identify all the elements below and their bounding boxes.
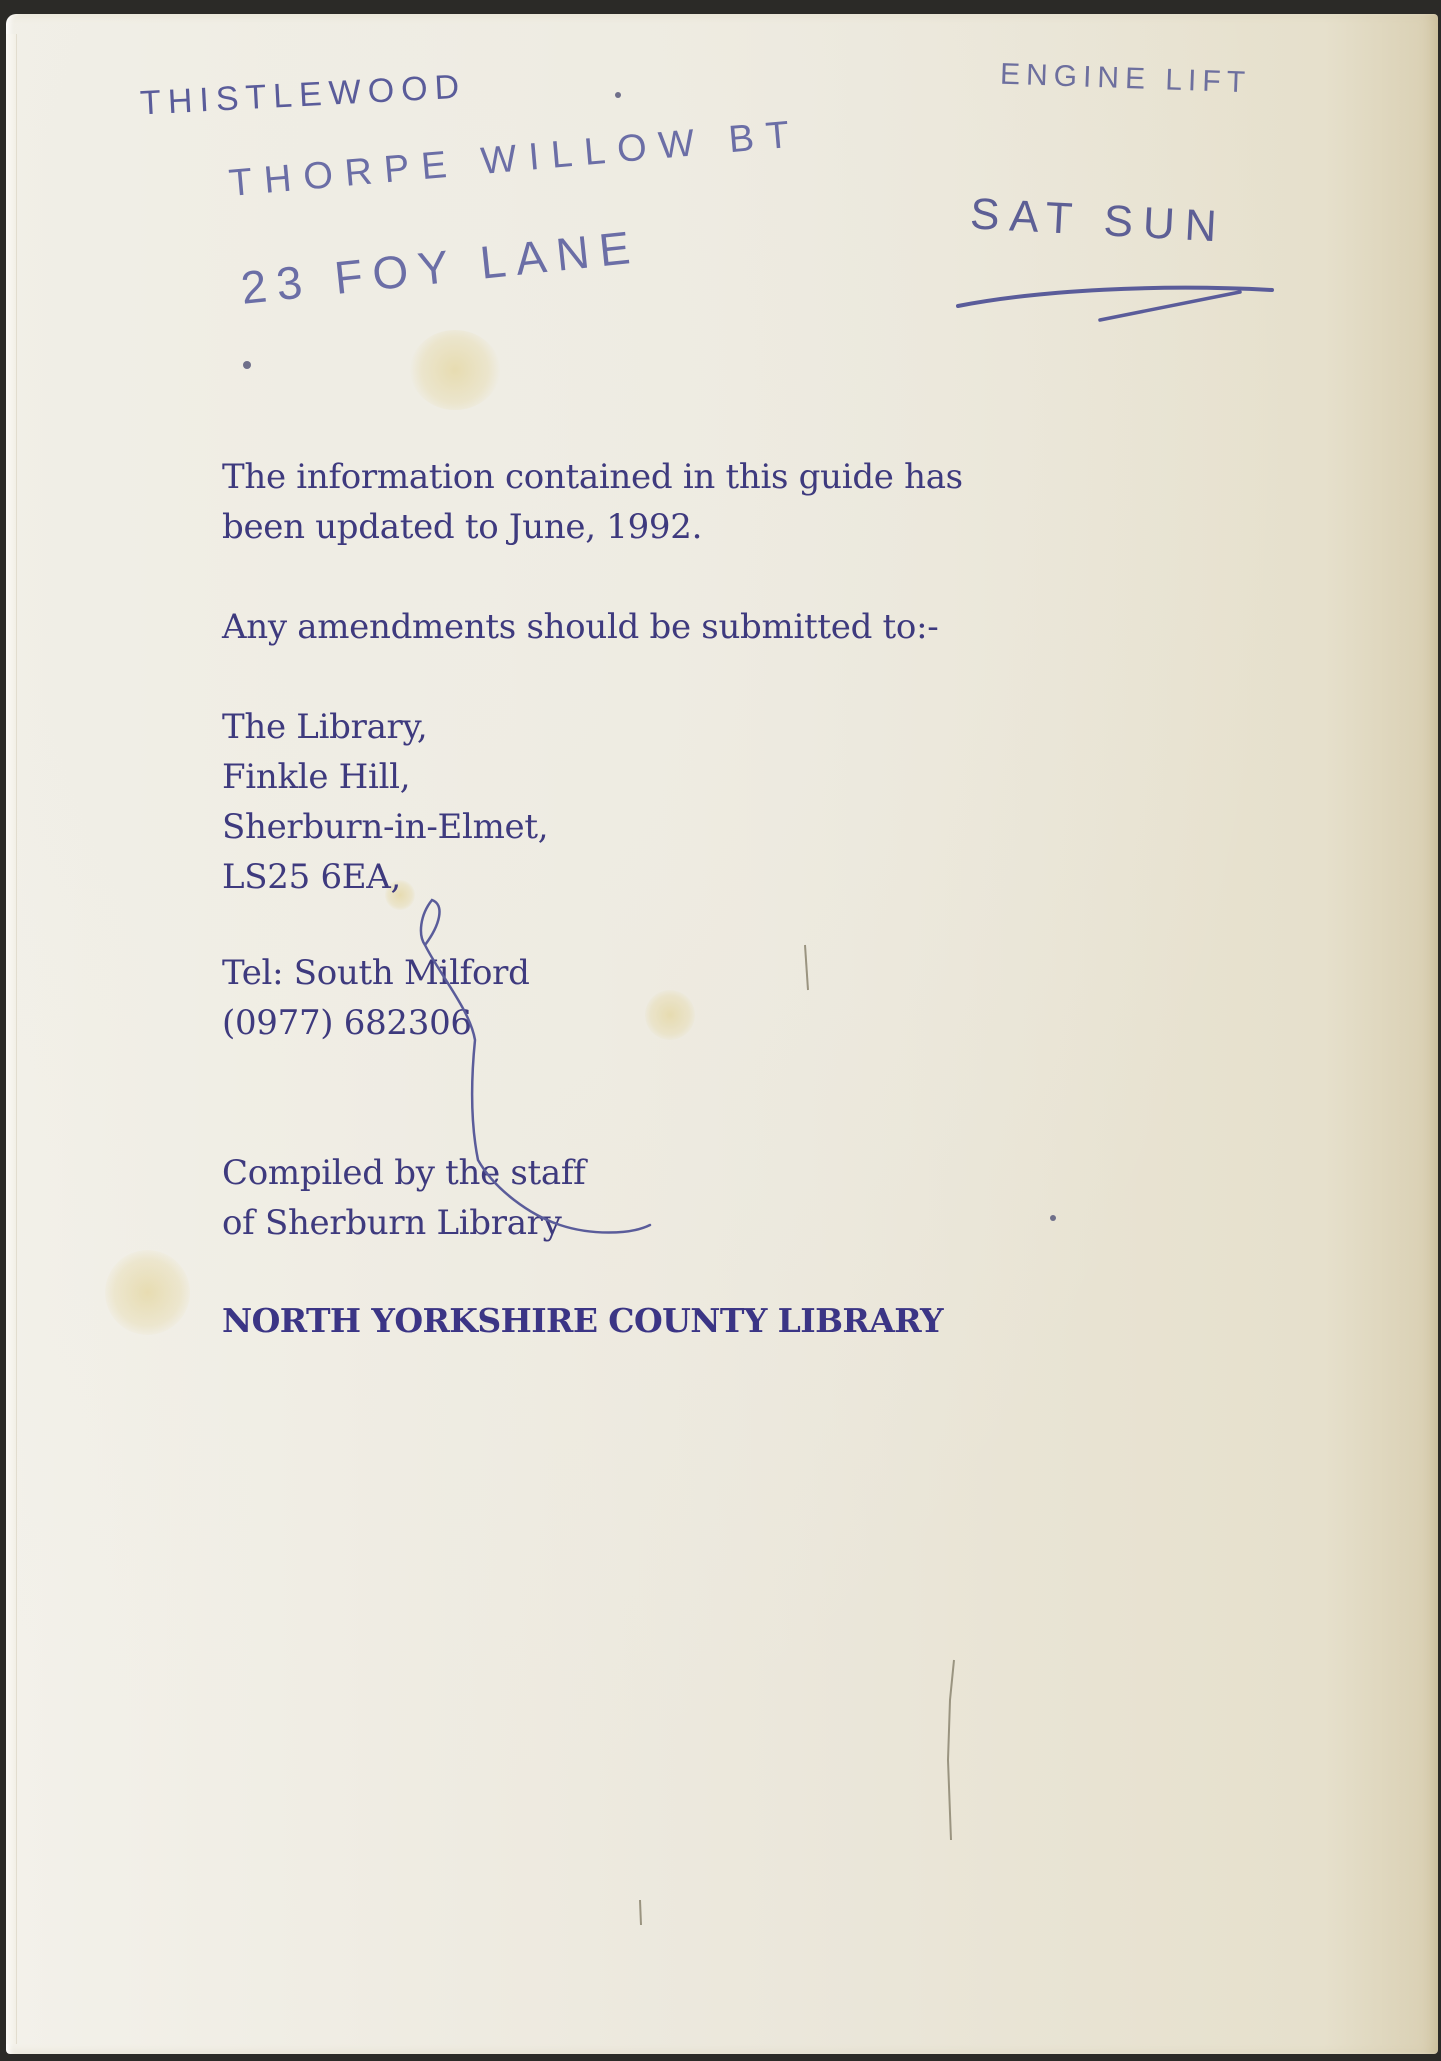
library-address: The Library, Finkle Hill, Sherburn-in-El… <box>222 702 548 902</box>
update-notice: The information contained in this guide … <box>222 452 963 552</box>
document-page <box>6 14 1438 2054</box>
address-line: Finkle Hill, <box>222 752 548 802</box>
telephone-label: Tel: South Milford <box>222 948 530 998</box>
stain <box>645 990 695 1040</box>
update-notice-line: The information contained in this guide … <box>222 452 963 502</box>
compiled-by-credit: Compiled by the staff of Sherburn Librar… <box>222 1148 585 1248</box>
page-edge <box>6 34 17 2044</box>
organisation-name: NORTH YORKSHIRE COUNTY LIBRARY <box>222 1296 943 1346</box>
organisation-name-text: NORTH YORKSHIRE COUNTY LIBRARY <box>222 1296 943 1346</box>
stain <box>410 330 500 410</box>
amendments-notice-text: Any amendments should be submitted to:- <box>222 602 938 652</box>
compiled-by-line: of Sherburn Library <box>222 1198 585 1248</box>
update-notice-line: been updated to June, 1992. <box>222 502 963 552</box>
amendments-notice: Any amendments should be submitted to:- <box>222 602 938 652</box>
telephone-block: Tel: South Milford (0977) 682306 <box>222 948 530 1048</box>
address-line: Sherburn-in-Elmet, <box>222 802 548 852</box>
compiled-by-line: Compiled by the staff <box>222 1148 585 1198</box>
address-line: LS25 6EA, <box>222 852 548 902</box>
telephone-number: (0977) 682306 <box>222 998 530 1048</box>
address-line: The Library, <box>222 702 548 752</box>
stain <box>105 1250 190 1335</box>
